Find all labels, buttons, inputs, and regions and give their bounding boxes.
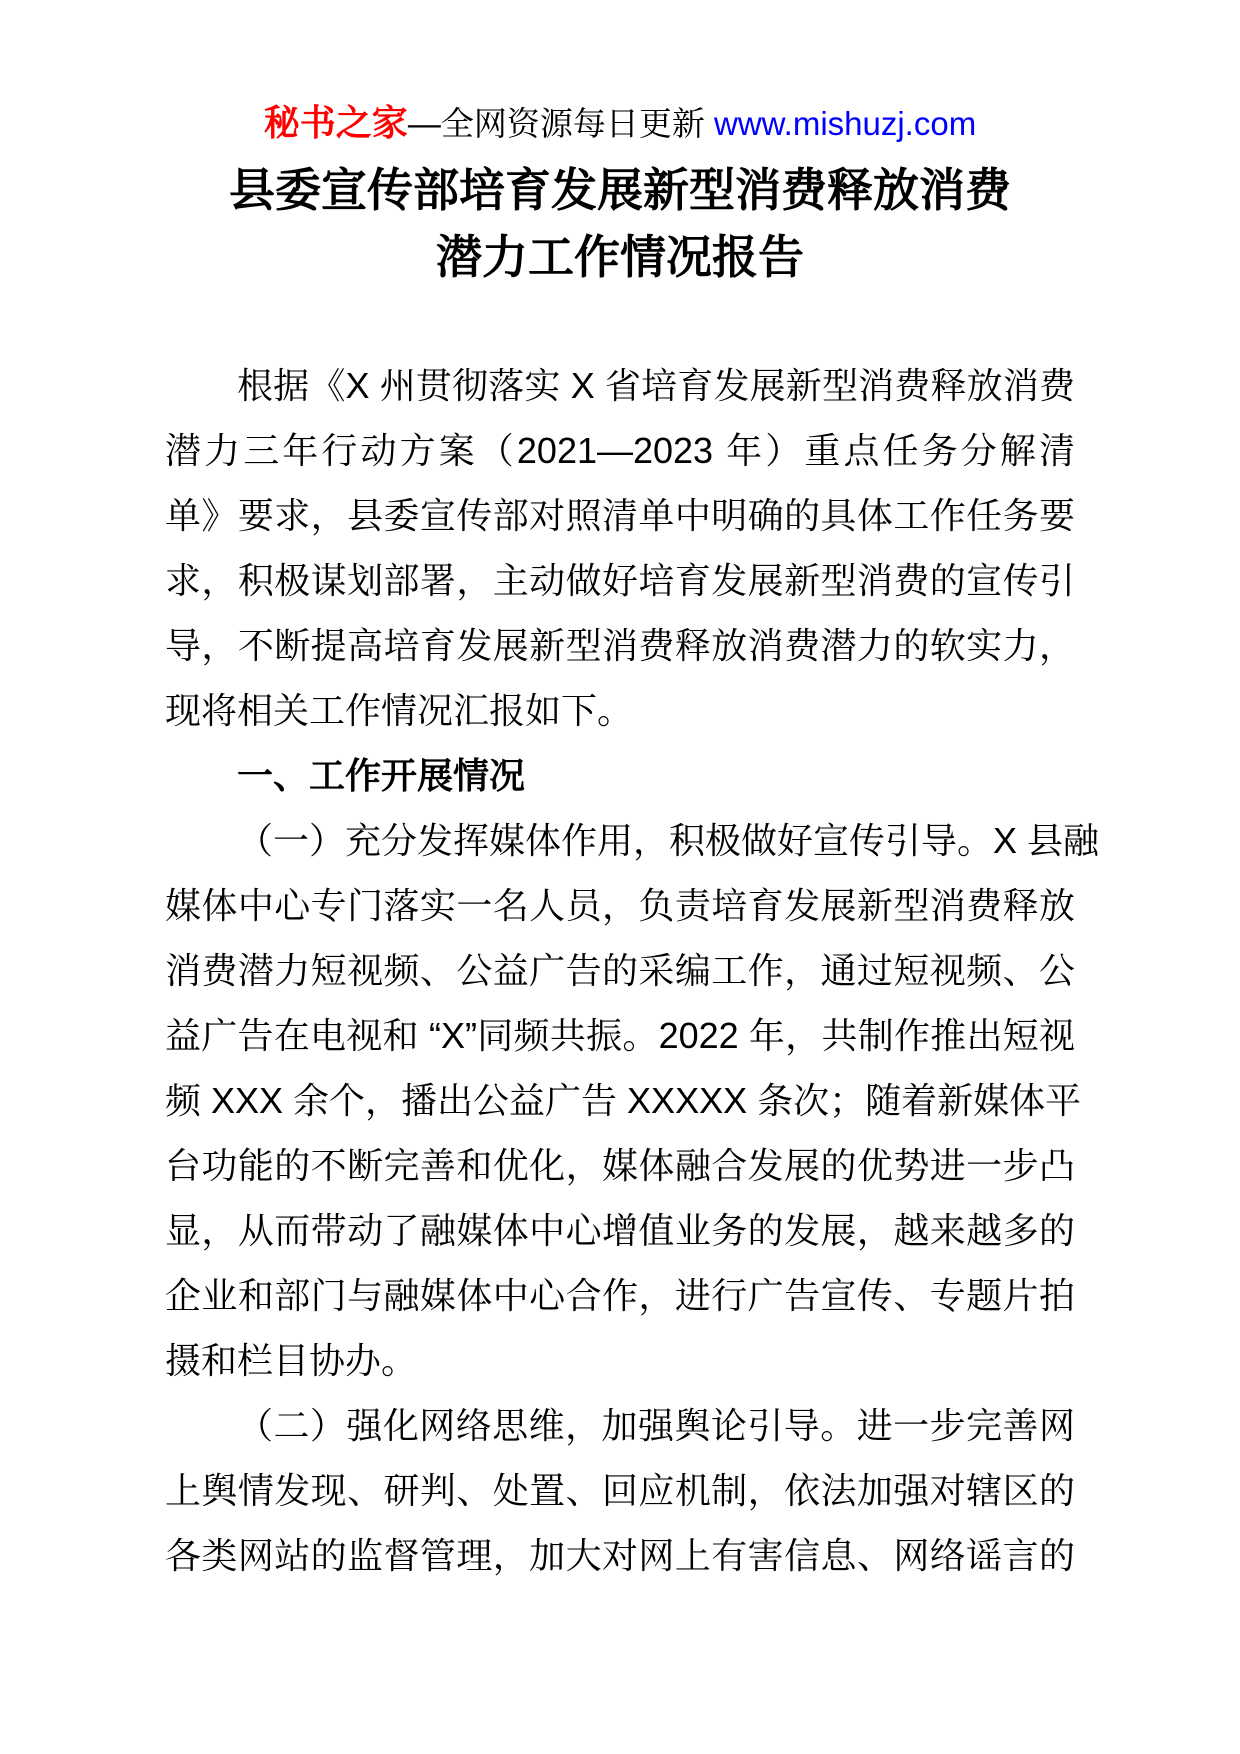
body-line: 频 XXX 余个，播出公益广告 XXXXX 条次；随着新媒体平	[165, 1068, 1075, 1133]
body-line: 台功能的不断完善和优化，媒体融合发展的优势进一步凸	[165, 1133, 1075, 1198]
body-line: 上舆情发现、研判、处置、回应机制，依法加强对辖区的	[165, 1458, 1075, 1523]
site-tagline: —全网资源每日更新	[408, 105, 714, 142]
body-line: （二）强化网络思维，加强舆论引导。进一步完善网	[165, 1393, 1075, 1458]
body-line: 摄和栏目协办。	[165, 1328, 1075, 1393]
document-content: 秘书之家—全网资源每日更新 www.mishuzj.com 县委宣传部培育发展新…	[165, 0, 1075, 1588]
body-line: 求，积极谋划部署，主动做好培育发展新型消费的宣传引	[165, 548, 1075, 613]
body-line: 媒体中心专门落实一名人员，负责培育发展新型消费释放	[165, 873, 1075, 938]
body-line: 企业和部门与融媒体中心合作，进行广告宣传、专题片拍	[165, 1263, 1075, 1328]
document-title-line-2: 潜力工作情况报告	[436, 231, 804, 283]
body-line: 导，不断提高培育发展新型消费释放消费潜力的软实力，	[165, 613, 1075, 678]
body-line: 益广告在电视和 “X”同频共振。2022 年，共制作推出短视	[165, 1003, 1075, 1068]
body-line: 现将相关工作情况汇报如下。	[165, 678, 1075, 743]
document-page: 秘书之家—全网资源每日更新 www.mishuzj.com 县委宣传部培育发展新…	[0, 0, 1240, 1754]
document-title: 县委宣传部培育发展新型消费释放消费 潜力工作情况报告	[165, 157, 1075, 291]
site-brand: 秘书之家	[264, 102, 408, 143]
document-body: 根据《X 州贯彻落实 X 省培育发展新型消费释放消费潜力三年行动方案（2021—…	[165, 353, 1075, 1588]
body-line: （一）充分发挥媒体作用，积极做好宣传引导。X 县融	[165, 808, 1075, 873]
body-line: 消费潜力短视频、公益广告的采编工作，通过短视频、公	[165, 938, 1075, 1003]
site-header: 秘书之家—全网资源每日更新 www.mishuzj.com	[165, 0, 1075, 143]
site-url-link[interactable]: www.mishuzj.com	[714, 105, 976, 142]
body-line: 根据《X 州贯彻落实 X 省培育发展新型消费释放消费	[165, 353, 1075, 418]
document-title-line-1: 县委宣传部培育发展新型消费释放消费	[229, 164, 1011, 216]
body-line: 潜力三年行动方案（2021—2023 年）重点任务分解清	[165, 418, 1075, 483]
section-heading: 一、工作开展情况	[165, 743, 1075, 808]
body-line: 单》要求，县委宣传部对照清单中明确的具体工作任务要	[165, 483, 1075, 548]
body-line: 各类网站的监督管理，加大对网上有害信息、网络谣言的	[165, 1523, 1075, 1588]
body-line: 显，从而带动了融媒体中心增值业务的发展，越来越多的	[165, 1198, 1075, 1263]
